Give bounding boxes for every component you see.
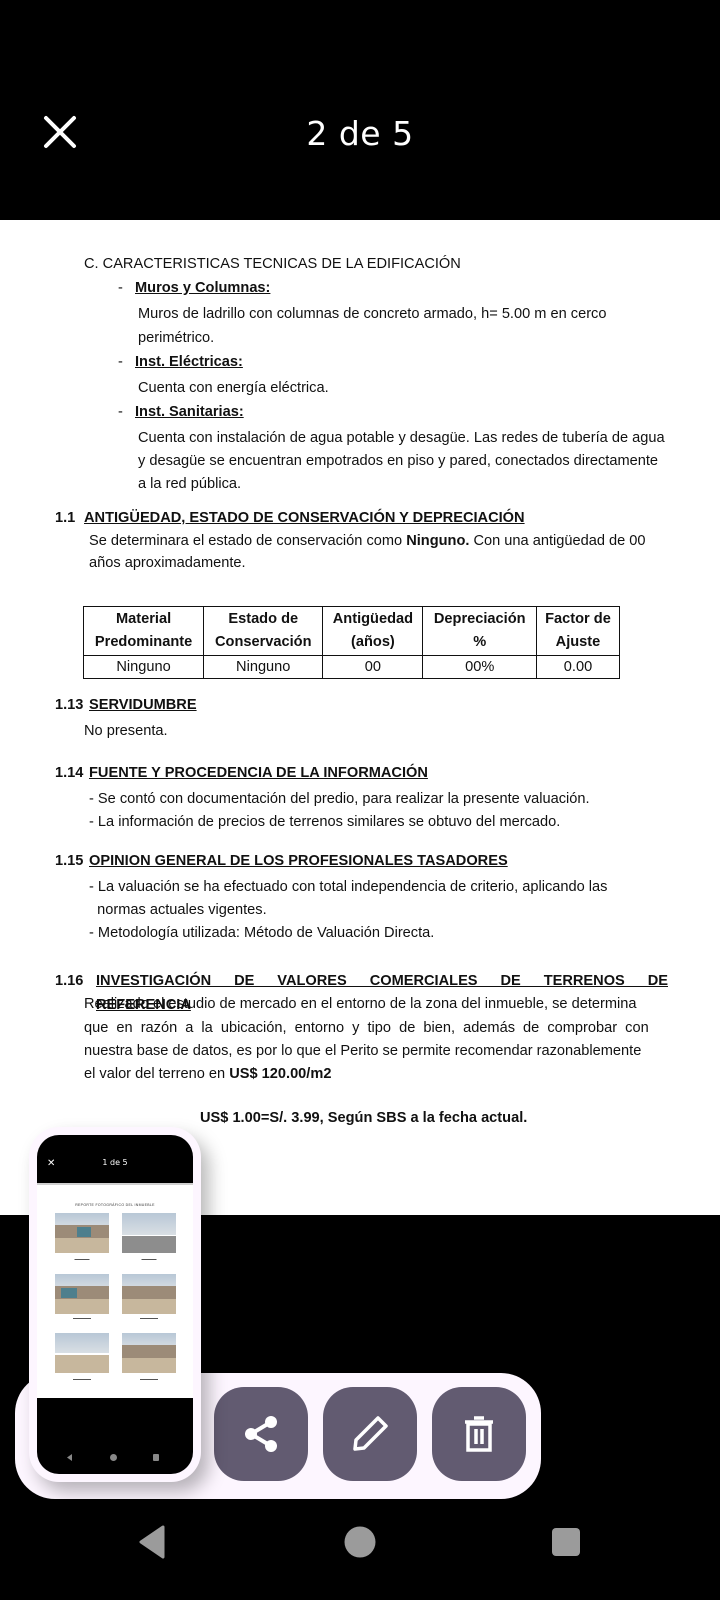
section-1-16-line: nuestra base de datos, es por lo que el … [84,1039,668,1063]
site-photo [122,1213,176,1253]
section-number: 1.14 [55,761,83,785]
table-cell: 00 [323,656,423,679]
col-header: MaterialPredominante [84,607,204,656]
table-cell: 00% [423,656,537,679]
edit-button[interactable] [323,1387,417,1481]
item-title-sanitarias: Inst. Sanitarias: [135,400,244,424]
thumbnail-page-counter: 1 de 5 [37,1158,193,1167]
photo-caption: ▬▬▬▬▬ [52,1257,112,1261]
list-item: - La información de precios de terrenos … [89,810,560,834]
section-1-1-text-line2: años aproximadamente. [89,551,246,575]
item-bullet: - [118,400,123,424]
list-item: - Metodología utilizada: Método de Valua… [89,921,434,945]
thumbnail-heading: REPORTE FOTOGRÁFICO DEL INMUEBLE [37,1203,193,1207]
delete-button[interactable] [432,1387,526,1481]
item-text: a la red pública. [138,472,241,496]
share-icon [239,1412,283,1456]
recents-icon [551,1527,581,1557]
col-header: Estado deConservación [204,607,323,656]
list-item: - Se contó con documentación del predio,… [89,787,590,811]
item-text: y desagüe se encuentran empotrados en pi… [138,449,658,473]
section-c-heading: C. CARACTERISTICAS TECNICAS DE LA EDIFIC… [84,252,461,276]
table-header-row: MaterialPredominante Estado deConservaci… [84,607,620,656]
nav-recents-button[interactable] [546,1522,586,1562]
photo-caption: ▬▬▬▬▬▬ [119,1316,179,1320]
section-1-16-line: que en razón a la ubicación, entorno y t… [84,1016,668,1040]
list-item: normas actuales vigentes. [89,898,267,922]
section-number: 1.16 [55,969,83,993]
back-icon [137,1525,169,1559]
thumbnail-screen: ✕ 1 de 5 REPORTE FOTOGRÁFICO DEL INMUEBL… [37,1135,193,1474]
viewer-top-bar: 2 de 5 [0,0,720,220]
system-nav-bar [0,1500,720,1600]
section-1-14-title: FUENTE Y PROCEDENCIA DE LA INFORMACIÓN [89,761,428,785]
section-number: 1.1 [55,506,75,530]
land-value: US$ 120.00/m2 [229,1066,331,1082]
table-cell: Ninguno [204,656,323,679]
screenshot-thumbnail[interactable]: ✕ 1 de 5 REPORTE FOTOGRÁFICO DEL INMUEBL… [29,1127,201,1482]
section-1-15-title: OPINION GENERAL DE LOS PROFESIONALES TAS… [89,849,508,873]
item-text: Muros de ladrillo con columnas de concre… [138,302,688,326]
home-icon [343,1525,377,1559]
item-text: Cuenta con energía eléctrica. [138,376,329,400]
pencil-icon [348,1412,392,1456]
item-title-electricas: Inst. Eléctricas: [135,350,243,374]
site-photo [55,1274,109,1314]
photo-caption: ▬▬▬▬▬▬ [52,1316,112,1320]
col-header: Depreciación% [423,607,537,656]
page-counter: 2 de 5 [0,114,720,153]
table-cell: 0.00 [536,656,619,679]
section-1-1-title: ANTIGÜEDAD, ESTADO DE CONSERVACIÓN Y DEP… [84,506,525,530]
section-1-13-text: No presenta. [84,719,168,743]
photo-caption: ▬▬▬▬▬ [119,1257,179,1261]
item-bullet: - [118,350,123,374]
section-number: 1.15 [55,849,83,873]
section-1-1-text: Se determinara el estado de conservación… [89,529,646,553]
thumbnail-document-page: REPORTE FOTOGRÁFICO DEL INMUEBLE ▬▬▬▬▬ ▬… [37,1183,193,1398]
thumbnail-back-icon [67,1454,72,1461]
nav-home-button[interactable] [340,1522,380,1562]
section-number: 1.13 [55,693,83,717]
section-1-16-value-line: el valor del terreno en US$ 120.00/m2 [84,1062,331,1086]
thumbnail-recents-icon [153,1454,159,1461]
site-photo [122,1274,176,1314]
photo-caption: ▬▬▬▬▬▬ [119,1377,179,1381]
section-1-16-line: Realizado el estudio de mercado en el en… [84,992,668,1016]
item-text: Cuenta con instalación de agua potable y… [138,426,665,450]
col-header: Factor deAjuste [536,607,619,656]
share-button[interactable] [214,1387,308,1481]
site-photo [122,1333,176,1373]
item-bullet: - [118,276,123,300]
trash-icon [457,1412,501,1456]
section-1-13-title: SERVIDUMBRE [89,693,197,717]
site-photo [55,1213,109,1253]
item-text: perimétrico. [138,326,214,350]
thumbnail-home-icon [110,1454,117,1461]
thumbnail-nav-bar [37,1452,193,1464]
item-title-muros: Muros y Columnas: [135,276,270,300]
table-cell: Ninguno [84,656,204,679]
table-row: Ninguno Ninguno 00 00% 0.00 [84,656,620,679]
exchange-rate-note: US$ 1.00=S/. 3.99, Según SBS a la fecha … [200,1106,527,1130]
depreciation-table: MaterialPredominante Estado deConservaci… [83,606,620,679]
nav-back-button[interactable] [133,1522,173,1562]
col-header: Antigüedad(años) [323,607,423,656]
document-page[interactable]: C. CARACTERISTICAS TECNICAS DE LA EDIFIC… [0,220,720,1215]
site-photo [55,1333,109,1373]
list-item: - La valuación se ha efectuado con total… [89,875,607,899]
photo-caption: ▬▬▬▬▬▬ [52,1377,112,1381]
